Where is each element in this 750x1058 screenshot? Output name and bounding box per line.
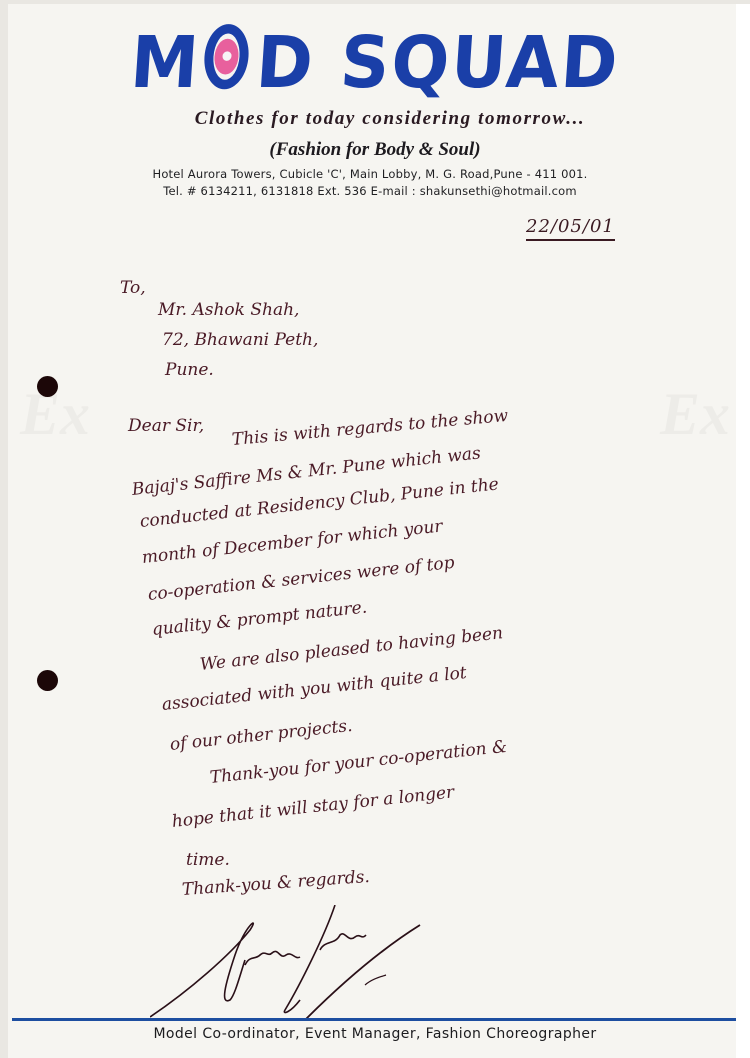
recipient-city: Pune.: [165, 360, 214, 380]
punch-hole-bottom: [37, 670, 58, 691]
watermark-right: Ex: [660, 380, 730, 449]
footer-roles: Model Co-ordinator, Event Manager, Fashi…: [0, 1026, 750, 1042]
brand-rest: D SQUAD: [254, 22, 623, 105]
brand-logo: MD SQUAD: [0, 24, 750, 104]
punch-hole-top: [37, 376, 58, 397]
logo-eye-icon: [200, 24, 257, 93]
signature: [150, 905, 450, 1020]
salutation-to: To,: [120, 278, 146, 298]
footer-divider: [12, 1018, 736, 1021]
greeting: Dear Sir,: [128, 416, 204, 436]
tagline: Clothes for today considering tomorrow..…: [0, 108, 750, 130]
recipient-street: 72, Bhawani Peth,: [162, 330, 318, 350]
address-line: Hotel Aurora Towers, Cubicle 'C', Main L…: [0, 167, 740, 181]
brand-letter-m: M: [128, 22, 203, 105]
letter-date: 22/05/01: [526, 216, 615, 241]
contact-line: Tel. # 6134211, 6131818 Ext. 536 E-mail …: [0, 184, 740, 198]
body-line: time.: [186, 850, 230, 870]
recipient-name: Mr. Ashok Shah,: [158, 300, 299, 320]
subtagline: (Fashion for Body & Soul): [0, 139, 750, 161]
